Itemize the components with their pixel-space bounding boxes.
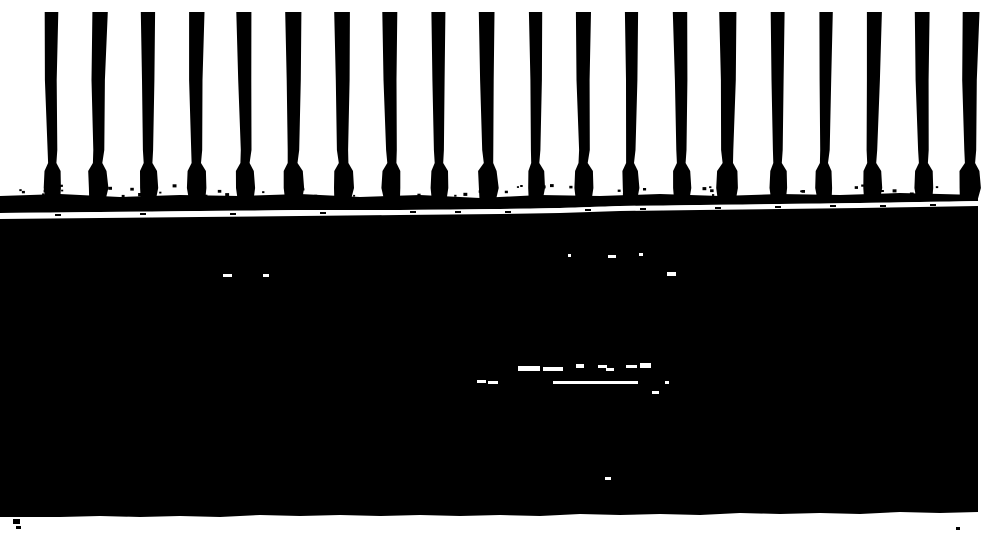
grain-speck xyxy=(434,193,436,195)
bright-speck xyxy=(477,380,486,383)
line-speck xyxy=(830,205,836,207)
grain-speck xyxy=(196,191,200,194)
grain-speck xyxy=(353,195,355,197)
grain-speck xyxy=(855,186,858,189)
grain-speck xyxy=(542,185,546,188)
line-speck xyxy=(320,212,326,214)
line-speck xyxy=(775,206,781,208)
grain-speck xyxy=(130,188,134,191)
grain-speck xyxy=(138,193,142,196)
grain-speck xyxy=(802,190,806,193)
grain-speck xyxy=(630,186,632,188)
line-speck xyxy=(410,211,416,213)
grain-speck xyxy=(569,186,572,189)
grain-speck xyxy=(520,185,523,187)
grain-speck xyxy=(961,186,964,189)
grain-speck xyxy=(463,193,467,196)
grain-speck xyxy=(22,191,25,193)
grain-speck xyxy=(454,195,456,197)
grain-speck xyxy=(479,190,482,193)
grain-speck xyxy=(710,189,714,192)
grain-speck xyxy=(225,193,229,196)
grain-speck xyxy=(159,192,161,194)
line-speck xyxy=(640,208,646,210)
grain-speck xyxy=(936,186,938,188)
bright-speck xyxy=(263,274,269,277)
bright-speck xyxy=(652,391,659,394)
grain-speck xyxy=(828,189,830,191)
grain-speck xyxy=(688,186,691,188)
bright-speck xyxy=(488,381,498,384)
grain-speck xyxy=(703,187,707,190)
micrograph xyxy=(0,0,993,542)
grain-speck xyxy=(712,194,714,196)
bright-speck xyxy=(639,253,643,256)
line-speck xyxy=(930,204,936,206)
bright-speck xyxy=(576,364,584,368)
grain-speck xyxy=(61,190,63,192)
debris-mark xyxy=(956,527,960,530)
bright-speck xyxy=(606,368,614,371)
grain-speck xyxy=(643,188,646,191)
bright-speck xyxy=(568,254,571,257)
bright-speck xyxy=(608,255,616,258)
line-speck xyxy=(230,213,236,215)
grain-speck xyxy=(709,186,711,188)
grain-speck xyxy=(19,189,21,191)
grain-speck xyxy=(55,191,57,193)
bright-speck xyxy=(543,367,563,371)
grain-speck xyxy=(861,185,864,187)
grain-speck xyxy=(44,190,48,193)
substrate-region xyxy=(0,206,978,517)
grain-speck xyxy=(517,186,519,188)
bright-speck xyxy=(667,272,676,276)
grain-speck xyxy=(262,191,264,193)
bright-speck xyxy=(518,366,540,371)
grain-speck xyxy=(287,187,290,189)
line-speck xyxy=(505,211,511,213)
grain-speck xyxy=(505,191,508,194)
line-speck xyxy=(585,209,591,211)
bright-speck xyxy=(626,365,637,368)
grain-speck xyxy=(218,190,222,193)
grain-speck xyxy=(386,193,388,195)
grain-speck xyxy=(893,189,897,192)
bright-speck xyxy=(605,477,611,480)
grain-speck xyxy=(143,189,145,191)
line-speck xyxy=(715,207,721,209)
bright-speck xyxy=(553,381,638,384)
grain-speck xyxy=(550,184,554,187)
bright-speck xyxy=(640,363,651,368)
line-speck xyxy=(55,214,61,216)
bright-speck xyxy=(223,274,232,277)
figure-container xyxy=(0,0,993,542)
line-speck xyxy=(140,213,146,215)
debris-mark xyxy=(16,526,21,529)
grain-speck xyxy=(587,193,590,195)
line-speck xyxy=(455,211,461,213)
grain-speck xyxy=(108,187,112,190)
line-speck xyxy=(880,205,886,207)
grain-speck xyxy=(873,187,876,189)
bright-speck xyxy=(665,381,669,384)
debris-mark xyxy=(13,519,20,524)
grain-speck xyxy=(302,188,305,190)
grain-speck xyxy=(881,190,884,192)
grain-speck xyxy=(173,184,177,187)
grain-speck xyxy=(618,190,621,192)
bright-speck xyxy=(598,365,607,368)
grain-speck xyxy=(633,190,635,192)
grain-speck xyxy=(725,187,727,189)
grain-speck xyxy=(60,185,63,187)
